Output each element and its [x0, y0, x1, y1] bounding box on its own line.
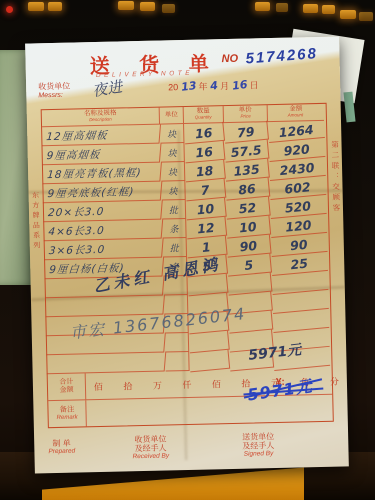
delivery-note-paper: 送 货 单 DELIVERY NOTE NO 5174268 20 13 年 4…	[25, 36, 349, 473]
messrs-label: 收货单位 Messrs:	[38, 83, 70, 100]
keyboard-key-glow	[303, 4, 318, 13]
cell-unit: 条	[162, 219, 186, 239]
cell-desc	[47, 352, 167, 374]
keyboard-key-glow	[340, 10, 356, 19]
remark-empty-cell	[86, 395, 333, 427]
right-margin-vertical-text: 第二联：交顾客	[329, 140, 342, 214]
total-label: 合计 金额	[48, 373, 87, 400]
date-printed-prefix: 20	[168, 82, 178, 92]
keyboard-key-glow	[48, 2, 62, 11]
prepared-by-field: 制 单 Prepared	[48, 439, 75, 456]
received-by-field: 收货单位 及经手人 Received By	[132, 434, 169, 461]
power-led	[6, 6, 13, 13]
keyboard-key-glow	[162, 4, 175, 13]
cell-unit	[165, 352, 189, 372]
keyboard-key-glow	[276, 3, 288, 12]
keyboard-key-glow	[28, 2, 44, 11]
note-number-label: NO	[221, 53, 238, 65]
keyboard-key-glow	[140, 2, 155, 11]
messrs-label-cn: 收货单位	[38, 83, 70, 93]
cell-unit: 块	[161, 181, 185, 201]
delivered-by-field: 送货单位 及经手人 Signed By	[242, 432, 275, 459]
cell-unit: 块	[161, 162, 185, 182]
left-margin-vertical-text: 东方牌品系列	[30, 191, 41, 251]
remark-row: 备注 Remark	[48, 395, 333, 427]
keyboard-key-glow	[322, 5, 335, 14]
keyboard-key-glow	[255, 2, 270, 11]
keyboard-key-glow	[359, 12, 373, 21]
cell-qty	[189, 350, 231, 373]
date-year-handwritten: 13	[180, 79, 197, 94]
date-day-handwritten: 16	[231, 78, 248, 93]
date-day-label: 日	[249, 80, 258, 90]
date-month-label: 月	[220, 81, 229, 91]
remark-label: 备注 Remark	[48, 400, 87, 427]
footer-signatures: 制 单 Prepared 收货单位 及经手人 Received By 送货单位 …	[34, 430, 348, 437]
date-line: 20 13 年 4 月 16 日	[168, 78, 259, 93]
col-header-unit: 单位	[160, 107, 184, 125]
date-year-label: 年	[198, 81, 207, 91]
messrs-label-en: Messrs:	[38, 91, 70, 99]
cell-unit	[165, 333, 189, 353]
cell-unit: 块	[160, 124, 184, 144]
cell-unit: 批	[163, 238, 187, 258]
keyboard-key-glow	[118, 1, 134, 10]
cell-unit: 批	[162, 200, 186, 220]
cell-unit: 块	[160, 143, 184, 163]
date-month-handwritten: 4	[209, 79, 218, 93]
